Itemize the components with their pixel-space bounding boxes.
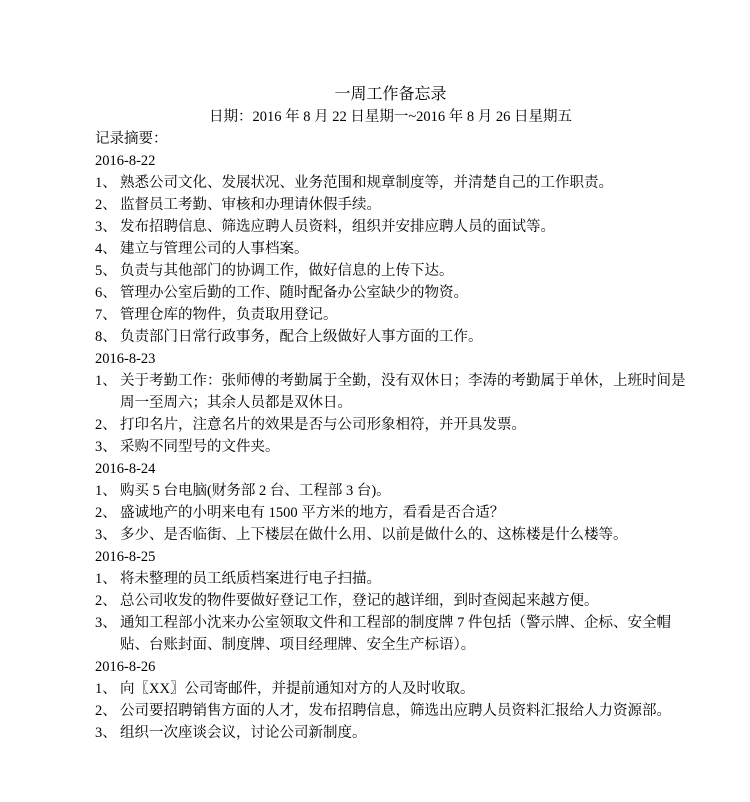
memo-item: 1、关于考勤工作：张师傅的考勤属于全勤，没有双休日；李涛的考勤属于单休，上班时间… [95,370,686,414]
item-number: 1、 [95,172,120,194]
item-text: 管理办公室后勤的工作、随时配备办公室缺少的物资。 [120,282,686,304]
memo-item: 1、购买 5 台电脑(财务部 2 台、工程部 3 台)。 [95,480,686,502]
document-title: 一周工作备忘录 [95,84,686,106]
item-number: 3、 [95,722,120,744]
summary-label: 记录摘要： [95,128,686,150]
item-text: 负责部门日常行政事务，配合上级做好人事方面的工作。 [120,326,686,348]
memo-item: 2、总公司收发的物件要做好登记工作，登记的越详细，到时查阅起来越方便。 [95,590,686,612]
memo-item: 2、打印名片，注意名片的效果是否与公司形象相符，并开具发票。 [95,414,686,436]
sections-container: 2016-8-221、熟悉公司文化、发展状况、业务范围和规章制度等，并清楚自己的… [95,150,686,744]
item-number: 2、 [95,700,120,722]
item-text: 总公司收发的物件要做好登记工作，登记的越详细，到时查阅起来越方便。 [120,590,686,612]
item-text: 购买 5 台电脑(财务部 2 台、工程部 3 台)。 [120,480,686,502]
item-number: 1、 [95,678,120,700]
memo-item: 1、将未整理的员工纸质档案进行电子扫描。 [95,568,686,590]
item-text: 将未整理的员工纸质档案进行电子扫描。 [120,568,686,590]
memo-item: 1、向〖XX〗公司寄邮件，并提前通知对方的人及时收取。 [95,678,686,700]
item-number: 2、 [95,502,120,524]
item-number: 7、 [95,304,120,326]
item-text: 监督员工考勤、审核和办理请休假手续。 [120,194,686,216]
item-number: 1、 [95,480,120,502]
memo-item: 3、组织一次座谈会议，讨论公司新制度。 [95,722,686,744]
memo-item: 3、采购不同型号的文件夹。 [95,436,686,458]
memo-item: 7、管理仓库的物件，负责取用登记。 [95,304,686,326]
item-number: 2、 [95,194,120,216]
item-number: 3、 [95,524,120,546]
item-text: 打印名片，注意名片的效果是否与公司形象相符，并开具发票。 [120,414,686,436]
memo-item: 6、管理办公室后勤的工作、随时配备办公室缺少的物资。 [95,282,686,304]
item-text: 多少、是否临街、上下楼层在做什么用、以前是做什么的、这栋楼是什么楼等。 [120,524,686,546]
memo-content: 一周工作备忘录 日期：2016 年 8 月 22 日星期一~2016 年 8 月… [0,0,750,744]
date-range-line: 日期：2016 年 8 月 22 日星期一~2016 年 8 月 26 日星期五 [95,106,686,128]
memo-item: 3、发布招聘信息、筛选应聘人员资料，组织并安排应聘人员的面试等。 [95,216,686,238]
section-date: 2016-8-25 [95,546,686,568]
item-text: 盛诚地产的小明来电有 1500 平方米的地方，看看是否合适？ [120,502,686,524]
memo-item: 3、通知工程部小沈来办公室领取文件和工程部的制度牌 7 件包括（警示牌、企标、安… [95,612,686,656]
item-number: 2、 [95,590,120,612]
item-number: 1、 [95,370,120,392]
item-text: 组织一次座谈会议，讨论公司新制度。 [120,722,686,744]
item-number: 3、 [95,612,120,634]
memo-item: 2、公司要招聘销售方面的人才，发布招聘信息，筛选出应聘人员资料汇报给人力资源部。 [95,700,686,722]
item-text: 负责与其他部门的协调工作，做好信息的上传下达。 [120,260,686,282]
section-date: 2016-8-26 [95,656,686,678]
item-number: 5、 [95,260,120,282]
item-number: 3、 [95,216,120,238]
item-text: 关于考勤工作：张师傅的考勤属于全勤，没有双休日；李涛的考勤属于单休，上班时间是周… [120,370,686,414]
item-text: 向〖XX〗公司寄邮件，并提前通知对方的人及时收取。 [120,678,686,700]
item-number: 3、 [95,436,120,458]
memo-item: 1、熟悉公司文化、发展状况、业务范围和规章制度等，并清楚自己的工作职责。 [95,172,686,194]
item-text: 采购不同型号的文件夹。 [120,436,686,458]
section-date: 2016-8-23 [95,348,686,370]
item-number: 2、 [95,414,120,436]
item-text: 通知工程部小沈来办公室领取文件和工程部的制度牌 7 件包括（警示牌、企标、安全帽… [120,612,686,656]
item-number: 1、 [95,568,120,590]
item-text: 建立与管理公司的人事档案。 [120,238,686,260]
document-page: 一周工作备忘录 日期：2016 年 8 月 22 日星期一~2016 年 8 月… [0,0,750,802]
memo-item: 5、负责与其他部门的协调工作，做好信息的上传下达。 [95,260,686,282]
memo-item: 3、多少、是否临街、上下楼层在做什么用、以前是做什么的、这栋楼是什么楼等。 [95,524,686,546]
item-text: 公司要招聘销售方面的人才，发布招聘信息，筛选出应聘人员资料汇报给人力资源部。 [120,700,686,722]
item-number: 8、 [95,326,120,348]
section-date: 2016-8-24 [95,458,686,480]
memo-item: 2、监督员工考勤、审核和办理请休假手续。 [95,194,686,216]
item-text: 熟悉公司文化、发展状况、业务范围和规章制度等，并清楚自己的工作职责。 [120,172,686,194]
section-date: 2016-8-22 [95,150,686,172]
memo-item: 4、建立与管理公司的人事档案。 [95,238,686,260]
memo-item: 8、负责部门日常行政事务，配合上级做好人事方面的工作。 [95,326,686,348]
item-number: 4、 [95,238,120,260]
memo-item: 2、盛诚地产的小明来电有 1500 平方米的地方，看看是否合适？ [95,502,686,524]
item-text: 管理仓库的物件，负责取用登记。 [120,304,686,326]
item-number: 6、 [95,282,120,304]
item-text: 发布招聘信息、筛选应聘人员资料，组织并安排应聘人员的面试等。 [120,216,686,238]
